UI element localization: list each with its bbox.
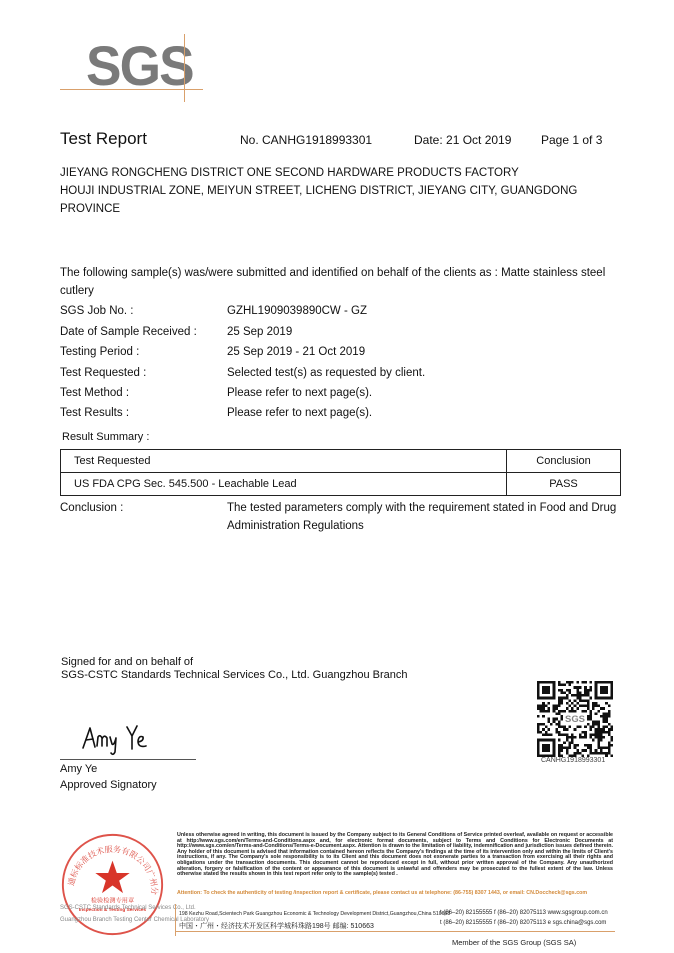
- client-address: HOUJI INDUSTRIAL ZONE, MEIYUN STREET, LI…: [60, 182, 620, 218]
- signed-on-behalf-label: Signed for and on behalf of: [61, 656, 193, 669]
- field-value-job-no: GZHL1909039890CW - GZ: [227, 302, 367, 320]
- table-row: US FDA CPG Sec. 545.500 - Leachable Lead…: [61, 473, 621, 496]
- field-value-date-received: 25 Sep 2019: [227, 323, 292, 341]
- qr-caption: CANHG1918993301: [541, 757, 605, 764]
- conclusion-value: The tested parameters comply with the re…: [227, 499, 622, 535]
- field-value-testing-period: 25 Sep 2019 - 21 Oct 2019: [227, 343, 365, 361]
- result-summary-label: Result Summary :: [62, 431, 149, 443]
- cell-conclusion: PASS: [507, 473, 621, 496]
- qr-code[interactable]: SGS: [537, 681, 613, 757]
- contact-line-email: t (86–20) 82155555 f (86–20) 82075113 e …: [440, 920, 606, 926]
- report-number: No. CANHG1918993301: [240, 133, 372, 147]
- svg-text:SGS: SGS: [565, 713, 585, 724]
- field-value-test-method: Please refer to next page(s).: [227, 384, 372, 402]
- field-label-job-no: SGS Job No. :: [60, 302, 134, 320]
- conclusion-label: Conclusion :: [60, 499, 123, 517]
- field-label-test-requested: Test Requested :: [60, 364, 146, 382]
- field-label-testing-period: Testing Period :: [60, 343, 139, 361]
- contact-line-web: t (86–20) 82155555 f (86–20) 82075113 ww…: [440, 910, 608, 916]
- sgs-logo: SGS: [86, 38, 193, 94]
- field-value-test-results: Please refer to next page(s).: [227, 404, 372, 422]
- result-summary-table: Test Requested Conclusion US FDA CPG Sec…: [60, 449, 621, 496]
- signature-line: [60, 759, 196, 760]
- page-indicator: Page 1 of 3: [541, 133, 602, 147]
- field-label-test-results: Test Results :: [60, 404, 129, 422]
- address-english: 198 Kezhu Road,Scientech Park Guangzhou …: [179, 911, 450, 917]
- footer-rule: [175, 931, 615, 932]
- report-date: Date: 21 Oct 2019: [414, 133, 511, 147]
- stamp-inner-cn: 检验检测专用章: [91, 897, 134, 905]
- address-chinese: 中国・广州・经济技术开发区科学城科珠路198号 邮编: 510663: [179, 921, 374, 931]
- client-name: JIEYANG RONGCHENG DISTRICT ONE SECOND HA…: [60, 164, 519, 182]
- authenticity-notice: Attention: To check the authenticity of …: [177, 891, 613, 897]
- sgs-group-membership: Member of the SGS Group (SGS SA): [452, 938, 576, 947]
- column-header-test-requested: Test Requested: [61, 450, 507, 473]
- legal-disclaimer: Unless otherwise agreed in writing, this…: [177, 833, 613, 878]
- column-header-conclusion: Conclusion: [507, 450, 621, 473]
- report-title: Test Report: [60, 129, 147, 149]
- sample-intro: The following sample(s) was/were submitt…: [60, 264, 620, 300]
- signatory-name: Amy Ye: [60, 763, 97, 775]
- logo-horizontal-rule: [60, 89, 203, 90]
- table-header-row: Test Requested Conclusion: [61, 450, 621, 473]
- signatory-role: Approved Signatory: [60, 779, 157, 791]
- field-label-test-method: Test Method :: [60, 384, 129, 402]
- star-icon: [95, 861, 129, 893]
- field-value-test-requested: Selected test(s) as requested by client.: [227, 364, 425, 382]
- handwritten-signature: [80, 722, 170, 758]
- signing-company: SGS-CSTC Standards Technical Services Co…: [61, 669, 407, 682]
- cell-test-name: US FDA CPG Sec. 545.500 - Leachable Lead: [61, 473, 507, 496]
- field-label-date-received: Date of Sample Received :: [60, 323, 197, 341]
- logo-vertical-rule: [184, 34, 185, 102]
